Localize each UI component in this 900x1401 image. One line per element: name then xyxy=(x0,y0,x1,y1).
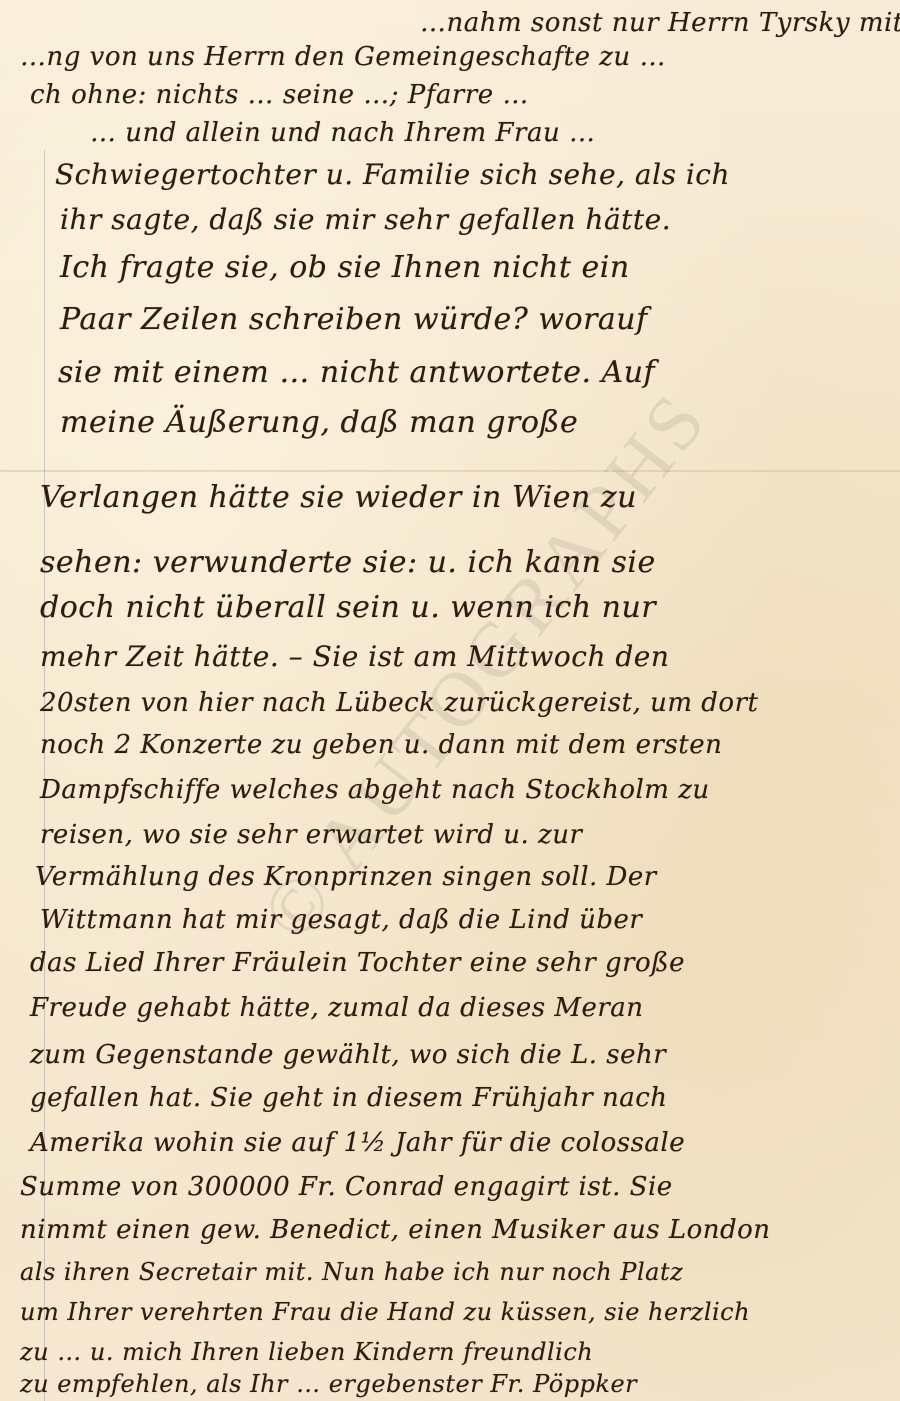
handwritten-line: gefallen hat. Sie geht in diesem Frühjah… xyxy=(30,1083,668,1113)
handwritten-line: das Lied Ihrer Fräulein Tochter eine seh… xyxy=(30,948,685,978)
handwritten-line: noch 2 Konzerte zu geben u. dann mit dem… xyxy=(40,730,722,760)
handwritten-line: Vermählung des Kronprinzen singen soll. … xyxy=(35,862,657,892)
handwritten-line: nimmt einen gew. Benedict, einen Musiker… xyxy=(20,1215,771,1245)
handwritten-line: …ng von uns Herrn den Gemeingeschafte zu… xyxy=(20,42,666,72)
handwritten-line: um Ihrer verehrten Frau die Hand zu küss… xyxy=(20,1298,750,1326)
handwritten-line: als ihren Secretair mit. Nun habe ich nu… xyxy=(20,1258,683,1286)
handwritten-line: doch nicht überall sein u. wenn ich nur xyxy=(40,590,656,625)
handwritten-line: Verlangen hätte sie wieder in Wien zu xyxy=(40,480,637,515)
handwritten-line: Wittmann hat mir gesagt, daß die Lind üb… xyxy=(40,905,642,935)
handwritten-line: sie mit einem … nicht antwortete. Auf xyxy=(58,355,655,390)
handwritten-line: …nahm sonst nur Herrn Tyrsky mit … xyxy=(420,8,900,38)
handwritten-line: Ich fragte sie, ob sie Ihnen nicht ein xyxy=(60,250,630,285)
handwritten-line: meine Äußerung, daß man große xyxy=(60,405,578,440)
handwritten-line: sehen: verwunderte sie: u. ich kann sie xyxy=(40,545,656,580)
paper-fold-line xyxy=(0,470,900,472)
handwritten-line: Schwiegertochter u. Familie sich sehe, a… xyxy=(55,158,730,191)
handwritten-line: zu empfehlen, als Ihr … ergebenster Fr. … xyxy=(20,1370,637,1398)
handwritten-line: ch ohne: nichts … seine …; Pfarre … xyxy=(30,80,529,110)
handwritten-line: 20sten von hier nach Lübeck zurückgereis… xyxy=(40,688,758,718)
handwritten-line: Freude gehabt hätte, zumal da dieses Mer… xyxy=(30,993,644,1023)
handwritten-line: Dampfschiffe welches abgeht nach Stockho… xyxy=(40,775,710,805)
handwritten-line: zum Gegenstande gewählt, wo sich die L. … xyxy=(30,1040,666,1070)
handwritten-line: zu … u. mich Ihren lieben Kindern freund… xyxy=(20,1338,593,1366)
handwritten-line: … und allein und nach Ihrem Frau … xyxy=(90,118,595,148)
handwritten-line: Amerika wohin sie auf 1½ Jahr für die co… xyxy=(30,1128,685,1158)
handwritten-line: Paar Zeilen schreiben würde? worauf xyxy=(60,302,648,337)
handwritten-line: ihr sagte, daß sie mir sehr gefallen hät… xyxy=(60,203,671,236)
handwritten-line: reisen, wo sie sehr erwartet wird u. zur xyxy=(40,820,582,850)
handwritten-line: Summe von 300000 Fr. Conrad engagirt ist… xyxy=(20,1172,673,1202)
handwritten-line: mehr Zeit hätte. – Sie ist am Mittwoch d… xyxy=(40,640,669,673)
